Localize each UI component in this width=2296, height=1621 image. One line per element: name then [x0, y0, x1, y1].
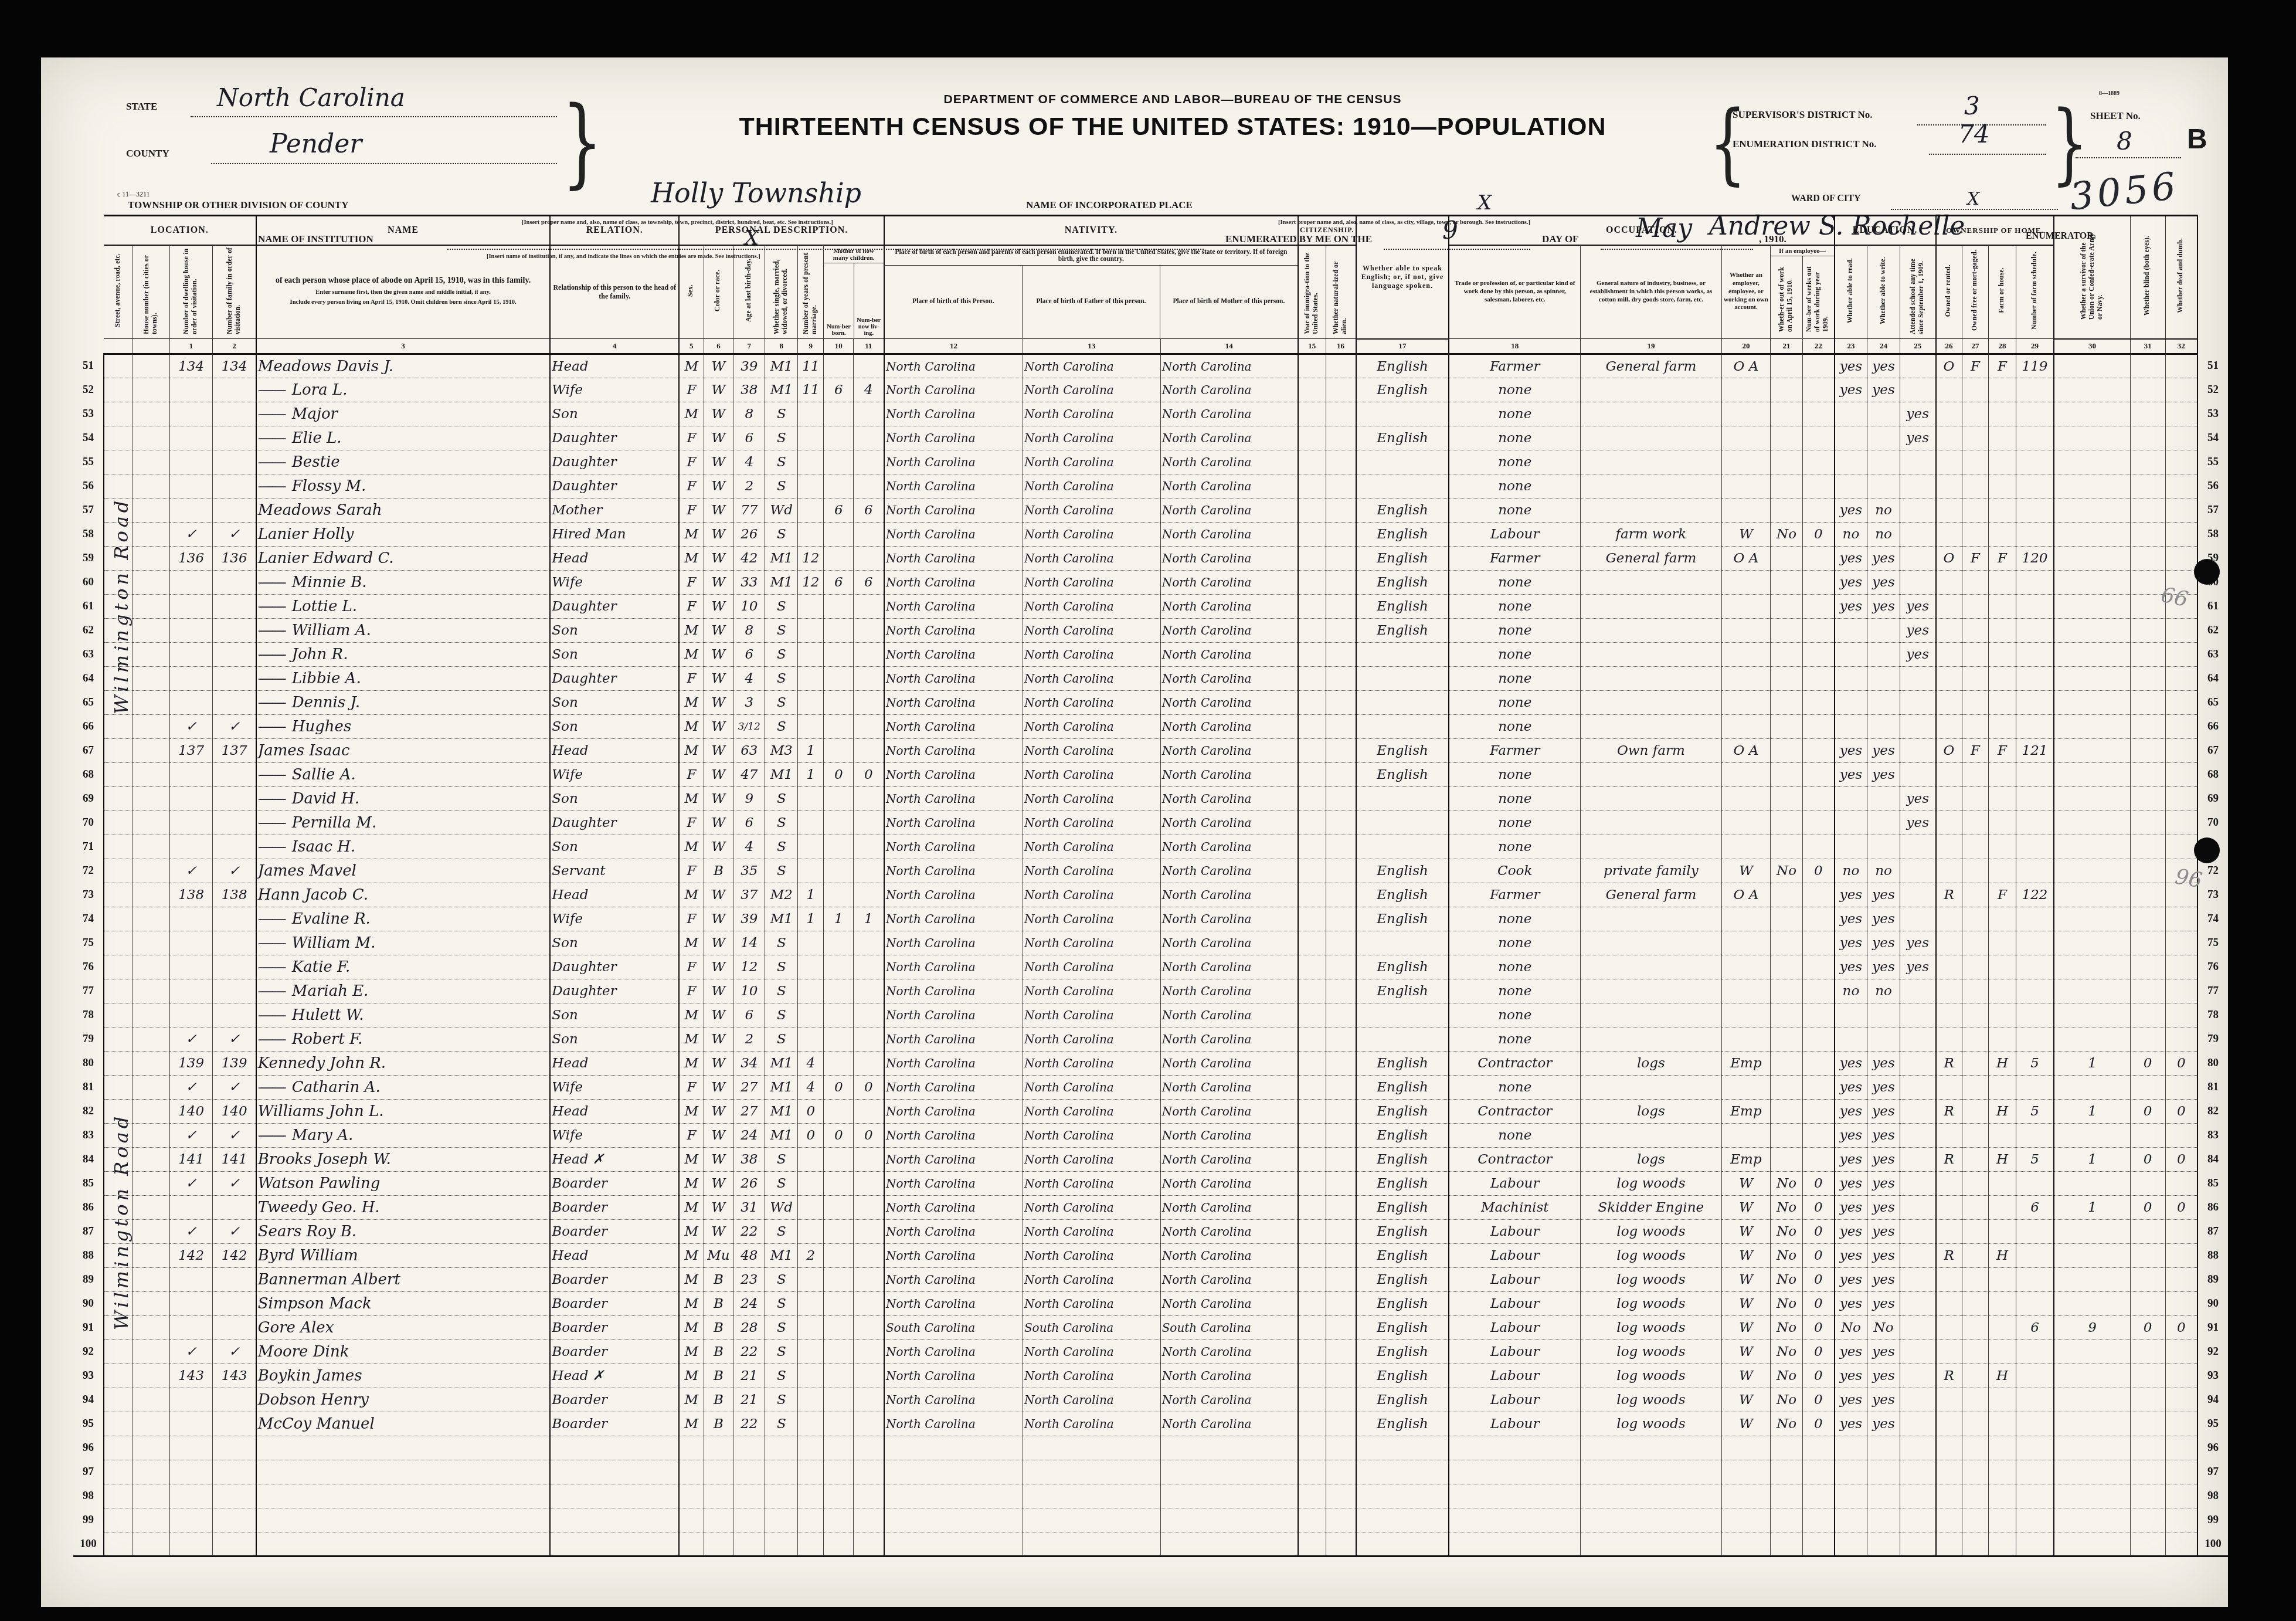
father-birthplace-cell: North Carolina: [1023, 739, 1160, 763]
house-number-cell: [133, 931, 169, 955]
years-married-cell: [798, 498, 824, 523]
age-cell: 8: [733, 402, 765, 426]
naturalized-cell: [1326, 1076, 1356, 1100]
right-line-number-header: [2197, 216, 2228, 354]
house-number-cell: [133, 1172, 169, 1196]
trade-cell: none: [1449, 643, 1580, 667]
children-born-cell: [824, 835, 854, 859]
civil-war-survivor-cell: [2054, 1340, 2130, 1364]
attended-school-cell: [1900, 883, 1935, 907]
street-label: Street, avenue, road, etc.: [114, 253, 123, 327]
industry-cell: [1581, 426, 1722, 450]
employment-class-cell: W: [1721, 523, 1771, 547]
mother-birthplace-cell: North Carolina: [1160, 835, 1298, 859]
free-mortgaged-cell: [1962, 715, 1989, 739]
attended-school-cell: [1900, 450, 1935, 474]
mother-composite: Mother of how many children. Num-ber bor…: [824, 246, 883, 338]
farm-or-house-cell: [1989, 1220, 2016, 1244]
naturalized-cell: [1326, 1508, 1356, 1532]
census-row: 72✓✓James MavelServantFB35SNorth Carolin…: [73, 859, 2228, 883]
owned-rented-cell: [1936, 595, 1962, 619]
group-citizenship: CITIZENSHIP.: [1298, 216, 1356, 245]
sex-cell: M: [679, 1027, 704, 1052]
out-of-work-cell: [1771, 1148, 1802, 1172]
children-born-cell: [824, 1003, 854, 1027]
dwelling-number-cell: [169, 1316, 213, 1340]
trade-cell: Contractor: [1449, 1100, 1580, 1124]
can-read-cell: yes: [1835, 1124, 1867, 1148]
farm-or-house-cell: [1989, 787, 2016, 811]
children-born-cell: 0: [824, 1124, 854, 1148]
trade-cell: [1449, 1460, 1580, 1484]
sex-cell: M: [679, 787, 704, 811]
age-cell: [733, 1532, 765, 1556]
father-birthplace-cell: [1023, 1508, 1160, 1532]
col-header-street: Street, avenue, road, etc.: [104, 245, 133, 339]
naturalized-cell: [1326, 955, 1356, 979]
attended-school-cell: [1900, 835, 1935, 859]
farm-schedule-cell: [2016, 691, 2054, 715]
father-birthplace-cell: North Carolina: [1023, 1292, 1160, 1316]
census-row: 69——David H.SonMW9SNorth CarolinaNorth C…: [73, 787, 2228, 811]
person-name-cell: Moore Dink: [256, 1340, 551, 1364]
blind-cell: [2130, 931, 2165, 955]
deaf-dumb-cell: [2165, 1532, 2197, 1556]
rownum-right: 64: [2197, 667, 2228, 691]
naturalized-cell: [1326, 619, 1356, 643]
attended-school-cell: [1900, 474, 1935, 498]
birthplace-cell: North Carolina: [884, 1412, 1023, 1436]
years-married-cell: [798, 595, 824, 619]
blind-cell: [2130, 402, 2165, 426]
deaf-dumb-cell: [2165, 378, 2197, 402]
farm-or-house-cell: [1989, 426, 2016, 450]
sex-cell: F: [679, 450, 704, 474]
can-read-cell: [1835, 619, 1867, 643]
age-cell: 6: [733, 1003, 765, 1027]
free-mortgaged-cell: [1962, 1027, 1989, 1052]
birthplace-cell: North Carolina: [884, 595, 1023, 619]
children-born-cell: [824, 859, 854, 883]
children-born-cell: [824, 667, 854, 691]
children-born-cell: [824, 739, 854, 763]
family-number-cell: ✓: [213, 1340, 256, 1364]
can-read-cell: yes: [1835, 883, 1867, 907]
language-cell: [1356, 787, 1449, 811]
color-race-cell: W: [704, 787, 733, 811]
weeks-out-cell: [1802, 450, 1835, 474]
mother-birthplace-cell: North Carolina: [1160, 1412, 1298, 1436]
naturalized-cell: [1326, 835, 1356, 859]
children-born-cell: 1: [824, 907, 854, 931]
free-mortgaged-cell: [1962, 1244, 1989, 1268]
census-row: 85✓✓Watson PawlingBoarderMW26SNorth Caro…: [73, 1172, 2228, 1196]
farm-or-house-cell: [1989, 1460, 2016, 1484]
family-number-cell: [213, 955, 256, 979]
free-mortgaged-cell: [1962, 811, 1989, 835]
nativity-composite: Place of birth of each person and parent…: [885, 246, 1298, 338]
children-born-cell: [824, 1460, 854, 1484]
language-cell: [1356, 667, 1449, 691]
deaf-dumb-cell: 0: [2165, 1316, 2197, 1340]
owned-rented-cell: [1936, 1003, 1962, 1027]
immigration-year-cell: [1298, 1196, 1326, 1220]
out-of-work-cell: No: [1771, 1388, 1802, 1412]
dwelling-number-cell: [169, 474, 213, 498]
sex-cell: M: [679, 883, 704, 907]
marital-status-cell: M1: [765, 547, 798, 571]
years-married-cell: [798, 715, 824, 739]
hole-punch-top: [2194, 559, 2220, 585]
naturalized-cell: [1326, 667, 1356, 691]
department-heading: DEPARTMENT OF COMMERCE AND LABOR—BUREAU …: [698, 93, 1648, 107]
out-of-work-cell: [1771, 643, 1802, 667]
col-header-naturalized: Whether natural-ized or alien.: [1326, 245, 1356, 339]
owned-rented-cell: [1936, 835, 1962, 859]
age-cell: [733, 1484, 765, 1508]
trade-cell: Machinist: [1449, 1196, 1580, 1220]
rownum-left: 99: [73, 1508, 104, 1532]
census-row: 58✓✓Lanier HollyHired ManMW26SNorth Caro…: [73, 523, 2228, 547]
language-cell: English: [1356, 763, 1449, 787]
farm-or-house-cell: [1989, 523, 2016, 547]
relation-cell: Son: [550, 931, 679, 955]
children-born-cell: [824, 1027, 854, 1052]
immigration-year-cell: [1298, 450, 1326, 474]
weeks-out-cell: [1802, 354, 1835, 378]
ditto-dash: ——: [258, 1079, 285, 1096]
immigration-year-cell: [1298, 1412, 1326, 1436]
father-birthplace-cell: North Carolina: [1023, 523, 1160, 547]
family-number-cell: 143: [213, 1364, 256, 1388]
census-row: 88142142Byrd WilliamHeadMMu48M12North Ca…: [73, 1244, 2228, 1268]
mother-birthplace-cell: North Carolina: [1160, 955, 1298, 979]
trade-cell: none: [1449, 1076, 1580, 1100]
age-cell: 38: [733, 1148, 765, 1172]
farm-schedule-cell: [2016, 811, 2054, 835]
birthplace-cell: North Carolina: [884, 835, 1023, 859]
owned-rented-cell: [1936, 474, 1962, 498]
industry-cell: private family: [1581, 859, 1722, 883]
census-row: 78——Hulett W.SonMW6SNorth CarolinaNorth …: [73, 1003, 2228, 1027]
house-number-cell: [133, 1460, 169, 1484]
house-number-cell: [133, 739, 169, 763]
children-living-cell: [853, 955, 884, 979]
farm-schedule-cell: [2016, 498, 2054, 523]
naturalized-cell: [1326, 450, 1356, 474]
blind-cell: [2130, 523, 2165, 547]
immigration-year-cell: [1298, 474, 1326, 498]
attended-school-cell: [1900, 1027, 1935, 1052]
scanned-census-page: { "top": { "state_label": "STATE", "stat…: [0, 0, 2296, 1621]
birthplace-cell: [884, 1484, 1023, 1508]
father-birthplace-cell: North Carolina: [1023, 1003, 1160, 1027]
marital-status-cell: M1: [765, 571, 798, 595]
sex-cell: M: [679, 643, 704, 667]
can-write-cell: [1867, 1532, 1900, 1556]
deaf-dumb-cell: [2165, 811, 2197, 835]
free-mortgaged-cell: F: [1962, 547, 1989, 571]
attended-school-cell: [1900, 859, 1935, 883]
can-write-cell: [1867, 474, 1900, 498]
father-birthplace-cell: North Carolina: [1023, 883, 1160, 907]
blind-cell: [2130, 739, 2165, 763]
house-number-cell: [133, 1316, 169, 1340]
trade-cell: none: [1449, 426, 1580, 450]
color-race-cell: B: [704, 859, 733, 883]
relation-cell: Boarder: [550, 1172, 679, 1196]
industry-cell: log woods: [1581, 1172, 1722, 1196]
person-name-cell: [256, 1508, 551, 1532]
civil-war-survivor-cell: [2054, 811, 2130, 835]
children-born-cell: 0: [824, 763, 854, 787]
can-write-cell: yes: [1867, 1292, 1900, 1316]
person-name-cell: Kennedy John R.: [256, 1052, 551, 1076]
children-living-cell: [853, 1100, 884, 1124]
employment-class-cell: W: [1721, 1340, 1771, 1364]
farm-or-house-cell: [1989, 1532, 2016, 1556]
free-mortgaged-cell: [1962, 450, 1989, 474]
can-read-cell: yes: [1835, 1388, 1867, 1412]
children-living-cell: [853, 739, 884, 763]
naturalized-cell: [1326, 1316, 1356, 1340]
owned-rented-cell: R: [1936, 1148, 1962, 1172]
birthplace-cell: North Carolina: [884, 1244, 1023, 1268]
mother-birthplace-cell: North Carolina: [1160, 1268, 1298, 1292]
can-read-cell: No: [1835, 1316, 1867, 1340]
house-number-cell: [133, 1412, 169, 1436]
blind-cell: 0: [2130, 1148, 2165, 1172]
house-number-cell: [133, 1100, 169, 1124]
immigration-year-cell: [1298, 931, 1326, 955]
dwelling-label: Number of dwelling house in order of vis…: [183, 246, 199, 334]
person-name-cell: ——Sallie A.: [256, 763, 551, 787]
father-birthplace-cell: North Carolina: [1023, 595, 1160, 619]
weeks-out-cell: [1802, 474, 1835, 498]
out-of-work-cell: No: [1771, 1292, 1802, 1316]
rownum-left: 96: [73, 1436, 104, 1460]
free-mortgaged-cell: [1962, 1052, 1989, 1076]
dwelling-number-cell: [169, 979, 213, 1003]
free-mortgaged-cell: [1962, 907, 1989, 931]
farm-or-house-cell: [1989, 1340, 2016, 1364]
marital-status-cell: M2: [765, 883, 798, 907]
age-cell: 10: [733, 979, 765, 1003]
civil-war-survivor-cell: [2054, 498, 2130, 523]
weeks-out-cell: [1802, 1124, 1835, 1148]
children-born-cell: [824, 1292, 854, 1316]
sex-cell: M: [679, 1316, 704, 1340]
census-row: 65——Dennis J.SonMW3SNorth CarolinaNorth …: [73, 691, 2228, 715]
family-number-cell: ✓: [213, 1172, 256, 1196]
free-mortgaged-cell: [1962, 883, 1989, 907]
age-cell: 23: [733, 1268, 765, 1292]
can-read-cell: yes: [1835, 1268, 1867, 1292]
children-living-cell: [853, 426, 884, 450]
dwelling-number-cell: [169, 643, 213, 667]
father-birthplace-cell: North Carolina: [1023, 1340, 1160, 1364]
mother-birthplace-cell: [1160, 1484, 1298, 1508]
owned-rented-cell: [1936, 1196, 1962, 1220]
can-write-cell: yes: [1867, 763, 1900, 787]
blind-cell: [2130, 859, 2165, 883]
color-race-cell: W: [704, 667, 733, 691]
immigration-year-cell: [1298, 1124, 1326, 1148]
dwelling-number-cell: [169, 498, 213, 523]
ditto-dash: ——: [258, 598, 285, 615]
weeks-out-cell: [1802, 1076, 1835, 1100]
free-mortgaged-cell: [1962, 474, 1989, 498]
column-number: [133, 339, 169, 354]
relation-cell: [550, 1484, 679, 1508]
deaf-dumb-cell: [2165, 835, 2197, 859]
can-write-cell: yes: [1867, 1364, 1900, 1388]
house-number-cell: [133, 595, 169, 619]
deaf-dumb-cell: [2165, 1244, 2197, 1268]
age-cell: 14: [733, 931, 765, 955]
person-name-cell: Brooks Joseph W.: [256, 1148, 551, 1172]
rownum-left: 79: [73, 1027, 104, 1052]
sex-cell: M: [679, 739, 704, 763]
sex-cell: [679, 1460, 704, 1484]
farm-schedule-cell: [2016, 1292, 2054, 1316]
rownum-left: 93: [73, 1364, 104, 1388]
mother-birthplace-cell: North Carolina: [1160, 931, 1298, 955]
rownum-left: 77: [73, 979, 104, 1003]
farm-schedule-cell: [2016, 907, 2054, 931]
naturalized-cell: [1326, 523, 1356, 547]
out-of-work-cell: [1771, 450, 1802, 474]
blind-cell: [2130, 1076, 2165, 1100]
trade-cell: [1449, 1484, 1580, 1508]
trade-cell: Labour: [1449, 1412, 1580, 1436]
years-married-cell: 11: [798, 378, 824, 402]
deaf-dumb-cell: [2165, 1292, 2197, 1316]
sex-cell: M: [679, 1412, 704, 1436]
mother-birthplace-cell: [1160, 1532, 1298, 1556]
column-number: [104, 339, 133, 354]
employment-class-cell: O A: [1721, 883, 1771, 907]
trade-cell: Farmer: [1449, 547, 1580, 571]
employment-class-cell: [1721, 835, 1771, 859]
industry-cell: [1581, 571, 1722, 595]
language-cell: [1356, 835, 1449, 859]
weeks-out-cell: Num-ber of weeks out of work during year…: [1802, 256, 1834, 338]
mother-birthplace-cell: North Carolina: [1160, 763, 1298, 787]
owned-rented-cell: [1936, 1292, 1962, 1316]
weeks-out-cell: 0: [1802, 1364, 1835, 1388]
blind-cell: [2130, 474, 2165, 498]
out-of-work-cell: No: [1771, 1340, 1802, 1364]
group-education: EDUCATION.: [1835, 216, 1936, 245]
immigration-year-cell: [1298, 498, 1326, 523]
father-birthplace-cell: North Carolina: [1023, 1364, 1160, 1388]
farm-or-house-cell: [1989, 450, 2016, 474]
language-cell: English: [1356, 547, 1449, 571]
employment-class-cell: W: [1721, 1316, 1771, 1340]
immigration-year-cell: [1298, 1100, 1326, 1124]
family-number-cell: ✓: [213, 715, 256, 739]
weeks-out-cell: [1802, 835, 1835, 859]
person-name-cell: ——Evaline R.: [256, 907, 551, 931]
column-number: 8: [765, 339, 798, 354]
farm-schedule-cell: [2016, 426, 2054, 450]
birthplace-cell: North Carolina: [884, 1076, 1023, 1100]
father-birthplace-cell: North Carolina: [1023, 1148, 1160, 1172]
dwelling-number-cell: 143: [169, 1364, 213, 1388]
sex-cell: M: [679, 402, 704, 426]
language-cell: [1356, 1484, 1449, 1508]
can-read-cell: [1835, 450, 1867, 474]
age-cell: 3: [733, 691, 765, 715]
immigration-year-cell: [1298, 907, 1326, 931]
census-table-head: LOCATION. NAME RELATION. PERSONAL DESCRI…: [73, 216, 2228, 354]
language-cell: English: [1356, 1220, 1449, 1244]
col-header-survivor: Whether a survivor of the Union or Confe…: [2054, 216, 2130, 339]
naturalized-cell: [1326, 1003, 1356, 1027]
father-birthplace-cell: North Carolina: [1023, 715, 1160, 739]
rownum-left: 72: [73, 859, 104, 883]
person-name-cell: Watson Pawling: [256, 1172, 551, 1196]
farm-schedule-cell: [2016, 1484, 2054, 1508]
family-number-cell: [213, 691, 256, 715]
children-living-cell: [853, 931, 884, 955]
column-number: 4: [550, 339, 679, 354]
language-cell: English: [1356, 1412, 1449, 1436]
immigration-year-cell: [1298, 859, 1326, 883]
industry-cell: General farm: [1581, 354, 1722, 378]
house-number-cell: [133, 763, 169, 787]
col-header-industry: General nature of industry, business, or…: [1581, 245, 1722, 339]
ditto-dash: ——: [258, 958, 285, 976]
person-name-cell: ——Isaac H.: [256, 835, 551, 859]
trade-cell: none: [1449, 667, 1580, 691]
census-row: 9898: [73, 1484, 2228, 1508]
marital-status-cell: S: [765, 715, 798, 739]
census-row: 73138138Hann Jacob C.HeadMW37M21North Ca…: [73, 883, 2228, 907]
father-birthplace-cell: North Carolina: [1023, 931, 1160, 955]
person-name-cell: ——Robert F.: [256, 1027, 551, 1052]
sheet-form-small: 8—1889: [2099, 90, 2120, 97]
farm-or-house-cell: [1989, 1268, 2016, 1292]
father-birthplace-cell: North Carolina: [1023, 450, 1160, 474]
industry-cell: [1581, 907, 1722, 931]
children-born-cell: [824, 715, 854, 739]
civil-war-survivor-cell: [2054, 474, 2130, 498]
birthplace-cell: North Carolina: [884, 1148, 1023, 1172]
farm-schedule-cell: [2016, 402, 2054, 426]
rownum-right: 92: [2197, 1340, 2228, 1364]
immigration-year-cell: [1298, 426, 1326, 450]
col-header-owned: Owned or rented.: [1936, 245, 1962, 339]
census-row: 77——Mariah E.DaughterFW10SNorth Carolina…: [73, 979, 2228, 1003]
house-number-cell: [133, 571, 169, 595]
owned-rented-cell: [1936, 1027, 1962, 1052]
house-number-cell: [133, 354, 169, 378]
naturalized-cell: [1326, 883, 1356, 907]
can-write-cell: [1867, 1484, 1900, 1508]
house-number-cell: [133, 1292, 169, 1316]
state-line: [191, 116, 557, 117]
mother-birthplace-cell: North Carolina: [1160, 1027, 1298, 1052]
out-of-work-cell: [1771, 1532, 1802, 1556]
owned-rented-cell: R: [1936, 1364, 1962, 1388]
can-read-cell: [1835, 787, 1867, 811]
dwelling-number-cell: [169, 811, 213, 835]
relation-cell: Son: [550, 787, 679, 811]
mother-birthplace-cell: North Carolina: [1160, 1364, 1298, 1388]
blind-cell: [2130, 979, 2165, 1003]
